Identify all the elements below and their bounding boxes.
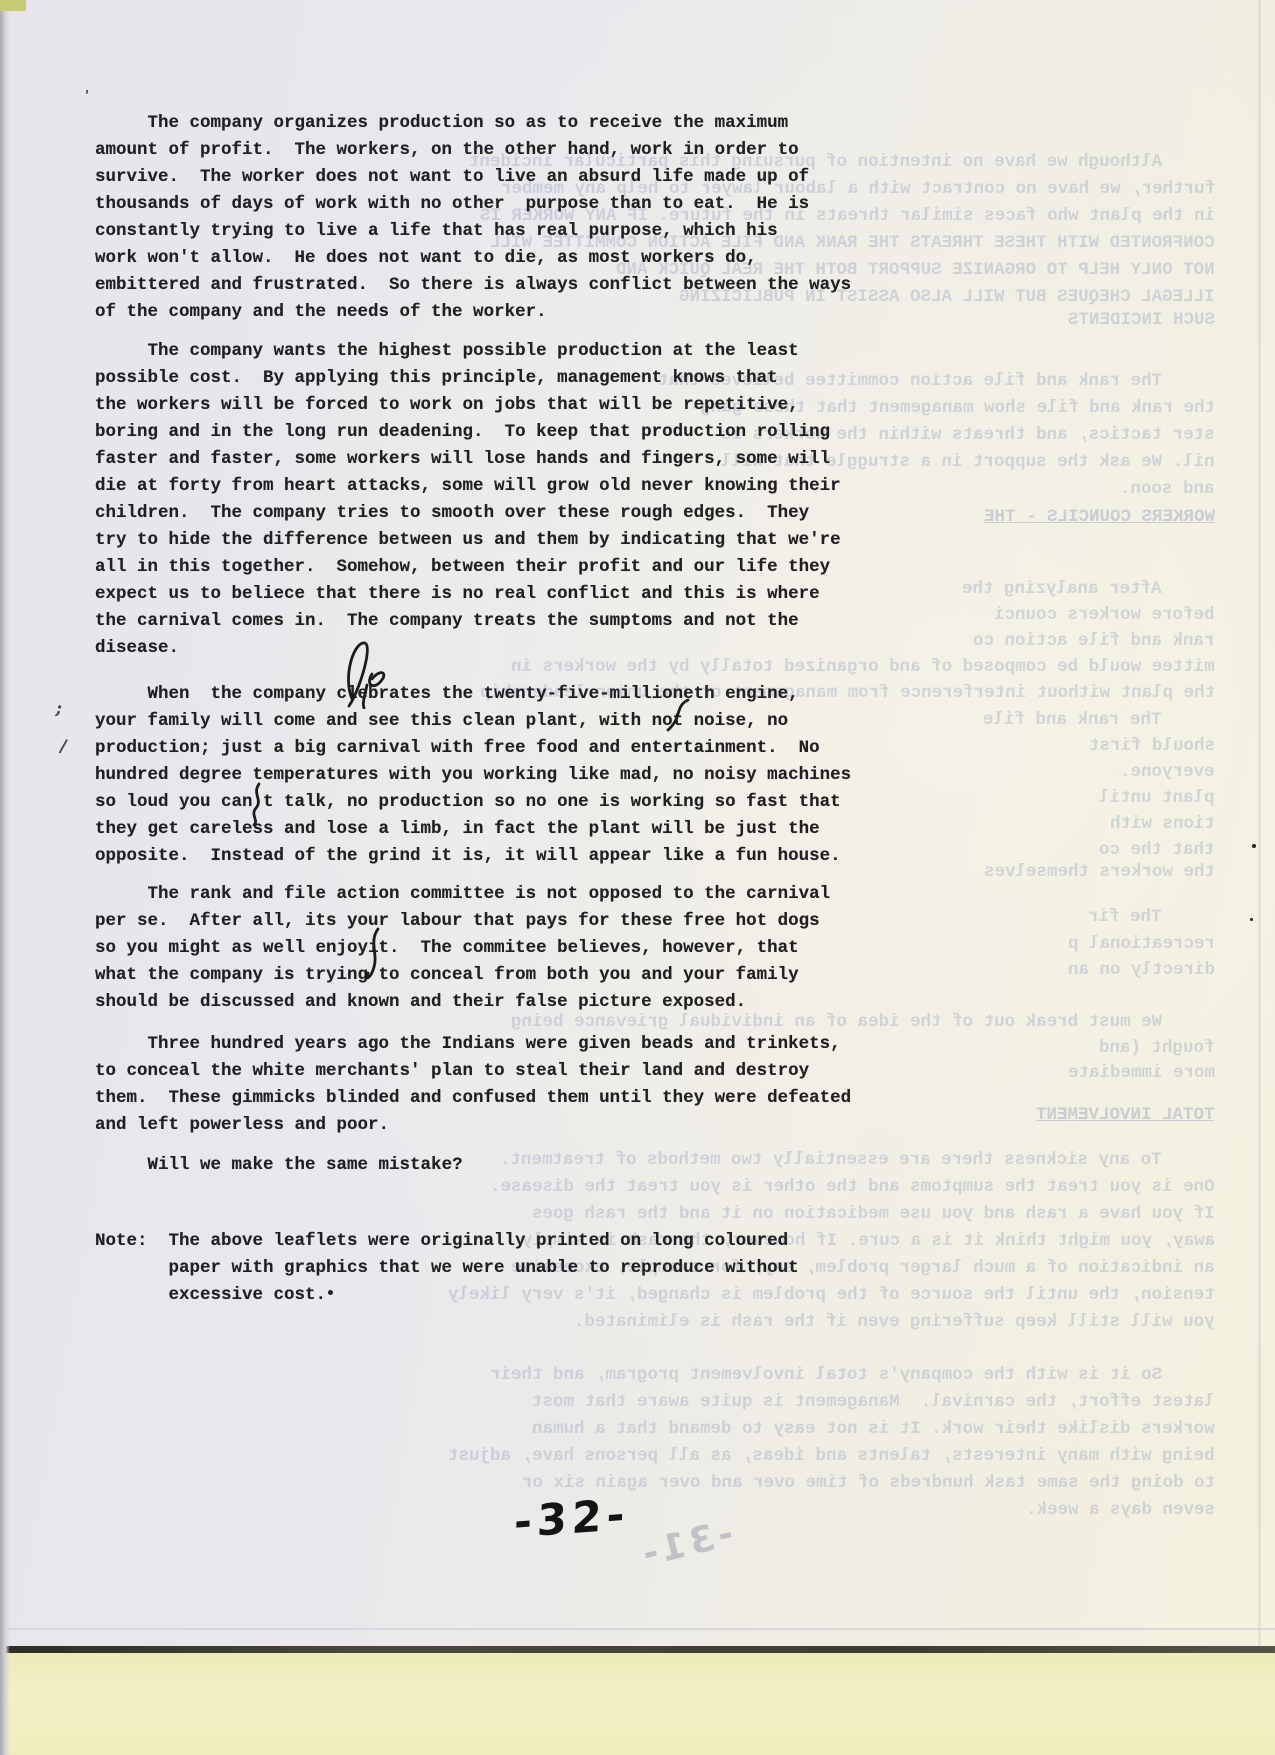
note-label: Note:	[95, 1228, 169, 1309]
margin-tick-mark: '	[82, 88, 90, 105]
ghost-line: recreational p	[1068, 932, 1215, 956]
ghost-line: everyone.	[1120, 760, 1215, 784]
ghost-line: TOTAL INVOLVEMENT	[1036, 1103, 1215, 1127]
margin-mark: /	[58, 736, 69, 758]
ghost-line: rank and file action co	[973, 629, 1215, 653]
ghost-line: workers dislike their work. It is not ea…	[532, 1417, 1215, 1441]
ghost-line: before workers counci	[994, 603, 1215, 627]
ghost-line: being with many interests, talents and i…	[448, 1444, 1215, 1468]
ghost-line: more immediate	[1068, 1061, 1215, 1085]
ghost-page-number: -31-	[634, 1513, 737, 1576]
handwritten-le-correction	[336, 635, 398, 709]
ghost-line: seven days a week.	[1026, 1498, 1215, 1522]
scanned-leaflet-page: Although we have no intention of pursuin…	[0, 0, 1275, 1755]
ghost-line: plant until	[1099, 786, 1215, 810]
paragraph-production: The company wants the highest possible p…	[95, 338, 925, 662]
paper-bottom-edge	[0, 1646, 1275, 1653]
ghost-line: that the co	[1099, 838, 1215, 862]
ink-speck	[328, 1290, 333, 1295]
ghost-line: you will still keep suffering even if th…	[574, 1310, 1215, 1334]
handwritten-caret-mark	[361, 925, 385, 985]
corner-backing-sliver	[0, 0, 26, 11]
ghost-line: So it is with the company's total involv…	[490, 1363, 1162, 1387]
backing-sheet	[0, 1653, 1275, 1755]
page-number-handwritten: -32-	[513, 1490, 630, 1548]
margin-mark: ;	[54, 698, 65, 720]
ghost-line: directly on an	[1068, 958, 1215, 982]
paragraph-committee: The rank and file action committee is no…	[95, 881, 925, 1016]
question-line: Will we make the same mistake?	[95, 1152, 925, 1179]
note-block: Note: The above leaflets were originally…	[95, 1228, 869, 1309]
ghost-line: the workers themselves	[984, 860, 1215, 884]
handwritten-strike-mark	[662, 696, 694, 734]
ghost-line: fought (and	[1099, 1036, 1215, 1060]
ghost-line: and soon.	[1120, 477, 1215, 501]
ghost-line: latest effort, the carnival. Management …	[532, 1390, 1215, 1414]
ghost-line: The rank and file	[983, 708, 1162, 732]
scan-left-edge-shadow	[0, 0, 10, 1755]
paragraph-conflict: The company organizes production so as t…	[95, 110, 925, 326]
ghost-line: After analyzing the	[962, 577, 1162, 601]
page-right-fold-shadow	[1258, 0, 1261, 1646]
handwritten-apostrophe-mark	[246, 780, 268, 828]
paper-crease-line	[0, 1628, 1275, 1630]
ghost-line: SUCH INCIDENTS	[1068, 308, 1215, 332]
note-text: The above leaflets were originally print…	[169, 1228, 869, 1309]
ghost-line: If you have a rash and you use medicatio…	[532, 1202, 1215, 1226]
ink-speck	[1250, 918, 1253, 921]
paragraph-indians: Three hundred years ago the Indians were…	[95, 1031, 925, 1139]
ghost-line: should first	[1089, 734, 1215, 758]
ghost-line: WORKERS COUNCILS - THE	[984, 505, 1215, 529]
paragraph-carnival: When the company clebrates the twenty-fi…	[95, 681, 925, 870]
ink-speck	[1252, 844, 1256, 848]
ghost-line: The fir	[1088, 905, 1162, 929]
ghost-line: tions with	[1110, 812, 1215, 836]
